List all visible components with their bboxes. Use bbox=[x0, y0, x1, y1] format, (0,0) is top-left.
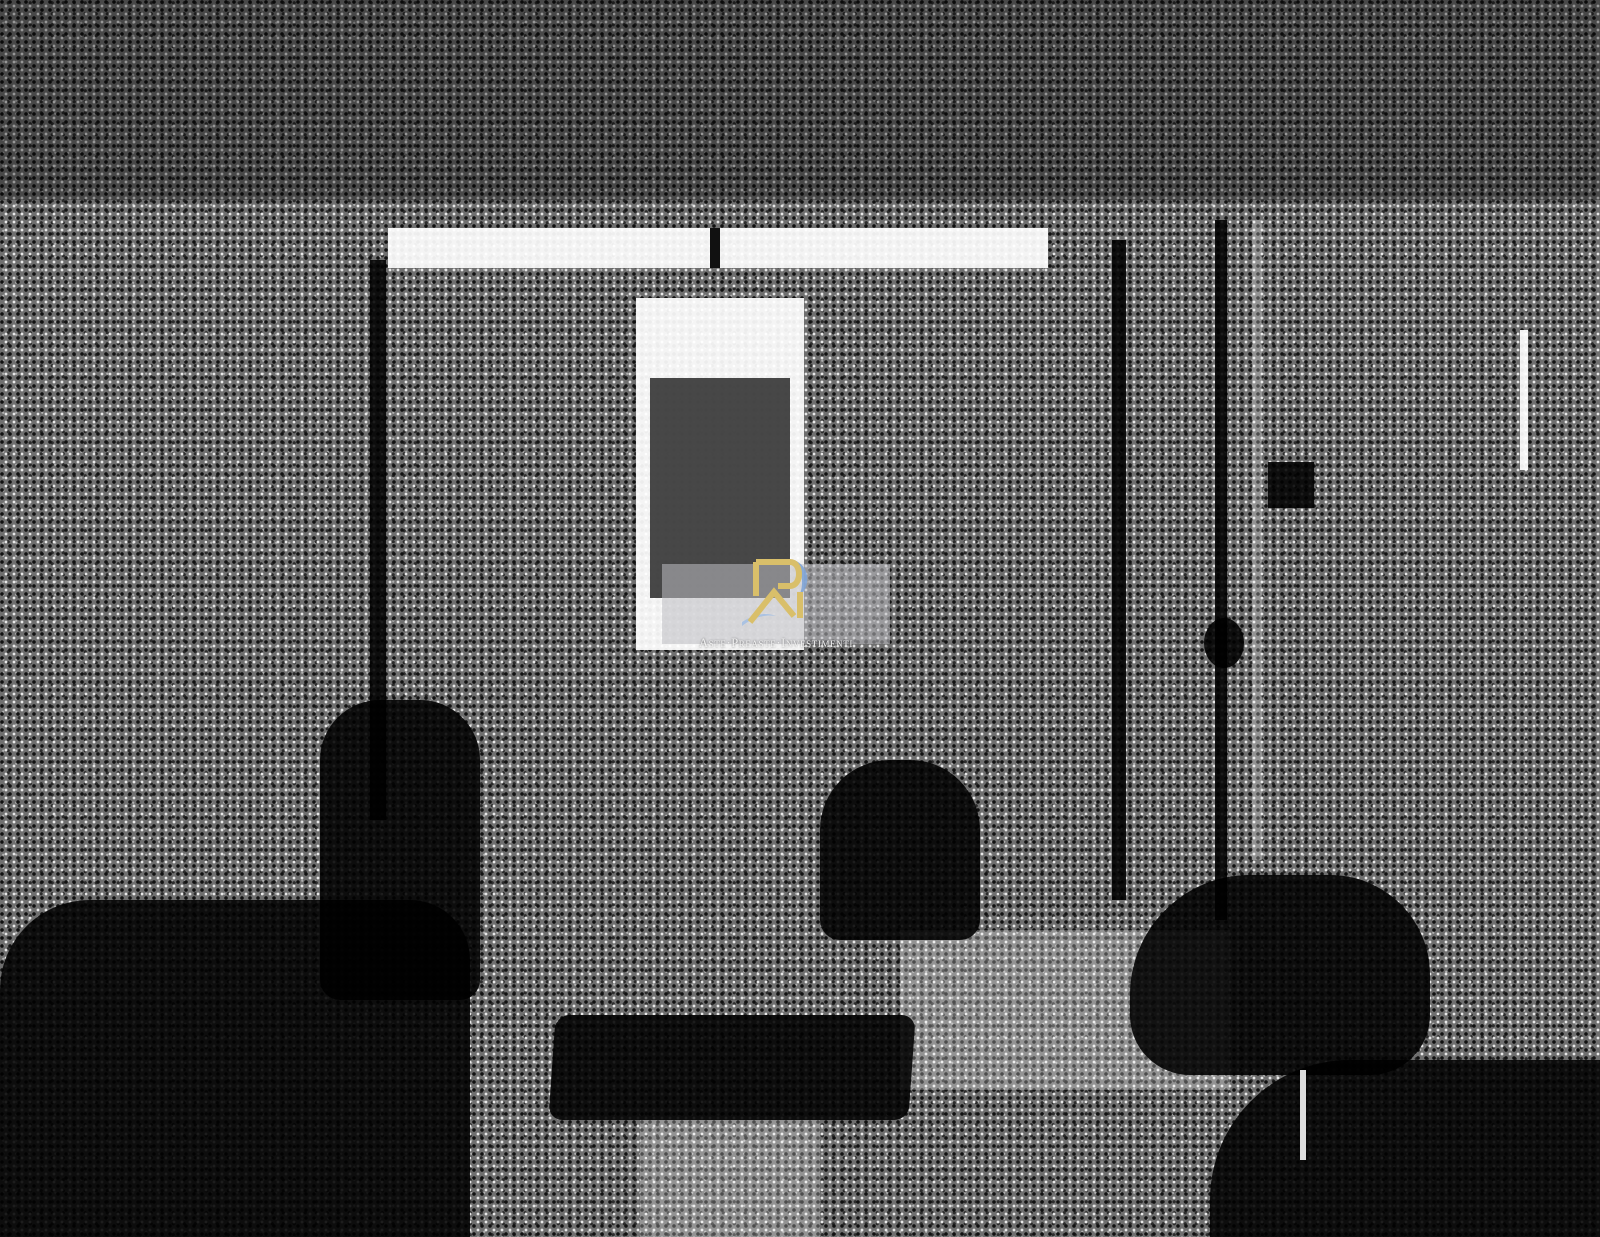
window-mullion bbox=[710, 228, 720, 268]
rug bbox=[548, 1015, 915, 1120]
watermark: Aste·Preaste·Investimenti bbox=[662, 552, 890, 656]
ceiling-shadow bbox=[0, 0, 1600, 200]
watermark-text: Aste·Preaste·Investimenti bbox=[662, 636, 890, 651]
right-column-highlight bbox=[1252, 220, 1262, 860]
wall-lamp bbox=[1204, 618, 1244, 668]
room-photo: Aste·Preaste·Investimenti bbox=[0, 0, 1600, 1237]
chair-leg bbox=[1300, 1070, 1306, 1160]
wall-outlet bbox=[1268, 462, 1314, 508]
armchair-right-base bbox=[1210, 1060, 1600, 1237]
center-chair bbox=[820, 760, 980, 940]
right-window-edge bbox=[1520, 330, 1528, 470]
floor-highlight-2 bbox=[640, 1120, 820, 1237]
armchair-left bbox=[0, 900, 470, 1237]
house-roof-monogram-icon bbox=[732, 552, 822, 632]
right-column bbox=[1112, 240, 1126, 900]
armchair-right bbox=[1130, 875, 1430, 1075]
right-column-2 bbox=[1215, 220, 1227, 920]
